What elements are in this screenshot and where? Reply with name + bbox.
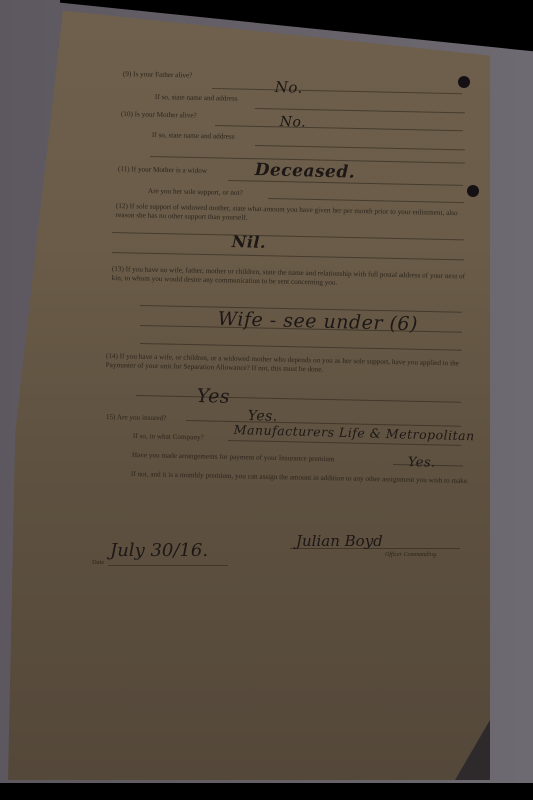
q9-sub-label: If so, state name and address [155, 93, 238, 104]
q9-label: (9) Is your Father alive? [123, 70, 193, 80]
date-label: Date [92, 559, 104, 566]
punch-hole-top [458, 76, 470, 88]
q10-label: (10) Is your Mother alive? [121, 110, 197, 121]
q9-answer: No. [275, 78, 304, 97]
document-page [8, 6, 490, 780]
date-line [108, 565, 228, 566]
date-value: July 30/16. [110, 540, 208, 561]
q15-company-label: If so, in what Company? [133, 432, 204, 442]
punch-hole-bottom [467, 185, 479, 197]
q14-answer: Yes [196, 385, 230, 408]
q11-answer: Deceased. [254, 160, 355, 183]
q11-label: (11) If your Mother is a widow [118, 165, 207, 176]
signature-caption: Officer Commanding. [385, 552, 437, 558]
q15-label: 15) Are you insured? [106, 413, 167, 423]
officer-signature: Julian Boyd [296, 532, 383, 550]
q10-answer: No. [280, 114, 307, 131]
q12-answer: Nil. [232, 232, 267, 252]
q10-sub-label: If so, state name and address [152, 131, 235, 142]
q15-arrangements-answer: Yes. [408, 455, 436, 471]
